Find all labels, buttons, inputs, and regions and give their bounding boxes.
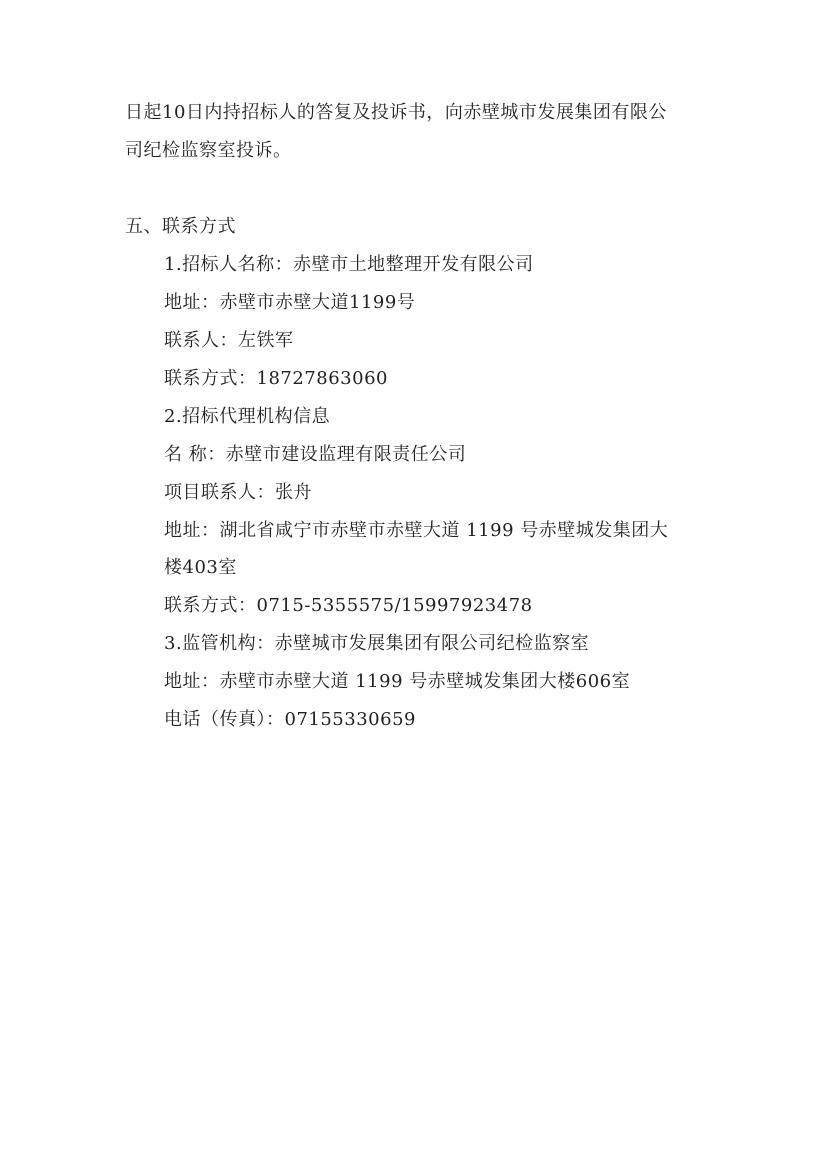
paragraph-line-2: 司纪检监察室投诉。 [125,139,292,163]
agency-name: 名 称：赤壁市建设监理有限责任公司 [164,443,466,467]
agency-phone: 联系方式：0715-5355575/15997923478 [164,594,533,618]
tenderer-phone: 联系方式：18727863060 [164,367,388,391]
agency-address-line-2: 楼403室 [164,556,237,580]
agency-contact: 项目联系人：张舟 [164,481,312,505]
tenderer-name: 1.招标人名称：赤壁市土地整理开发有限公司 [164,253,534,277]
agency-address-line-1: 地址：湖北省咸宁市赤壁市赤壁大道 1199 号赤壁城发集团大 [164,519,668,543]
tenderer-address: 地址：赤壁市赤壁大道1199号 [164,291,415,315]
supervisor-address: 地址：赤壁市赤壁大道 1199 号赤壁城发集团大楼606室 [164,670,630,694]
section-heading: 五、联系方式 [125,215,236,239]
tenderer-contact: 联系人：左铁军 [164,329,294,353]
supervisor-name: 3.监管机构：赤壁城市发展集团有限公司纪检监察室 [164,632,589,656]
agency-title: 2.招标代理机构信息 [164,405,330,429]
supervisor-phone: 电话（传真）：07155330659 [164,708,416,732]
paragraph-line-1: 日起10日内持招标人的答复及投诉书，向赤壁城市发展集团有限公 [125,101,667,125]
